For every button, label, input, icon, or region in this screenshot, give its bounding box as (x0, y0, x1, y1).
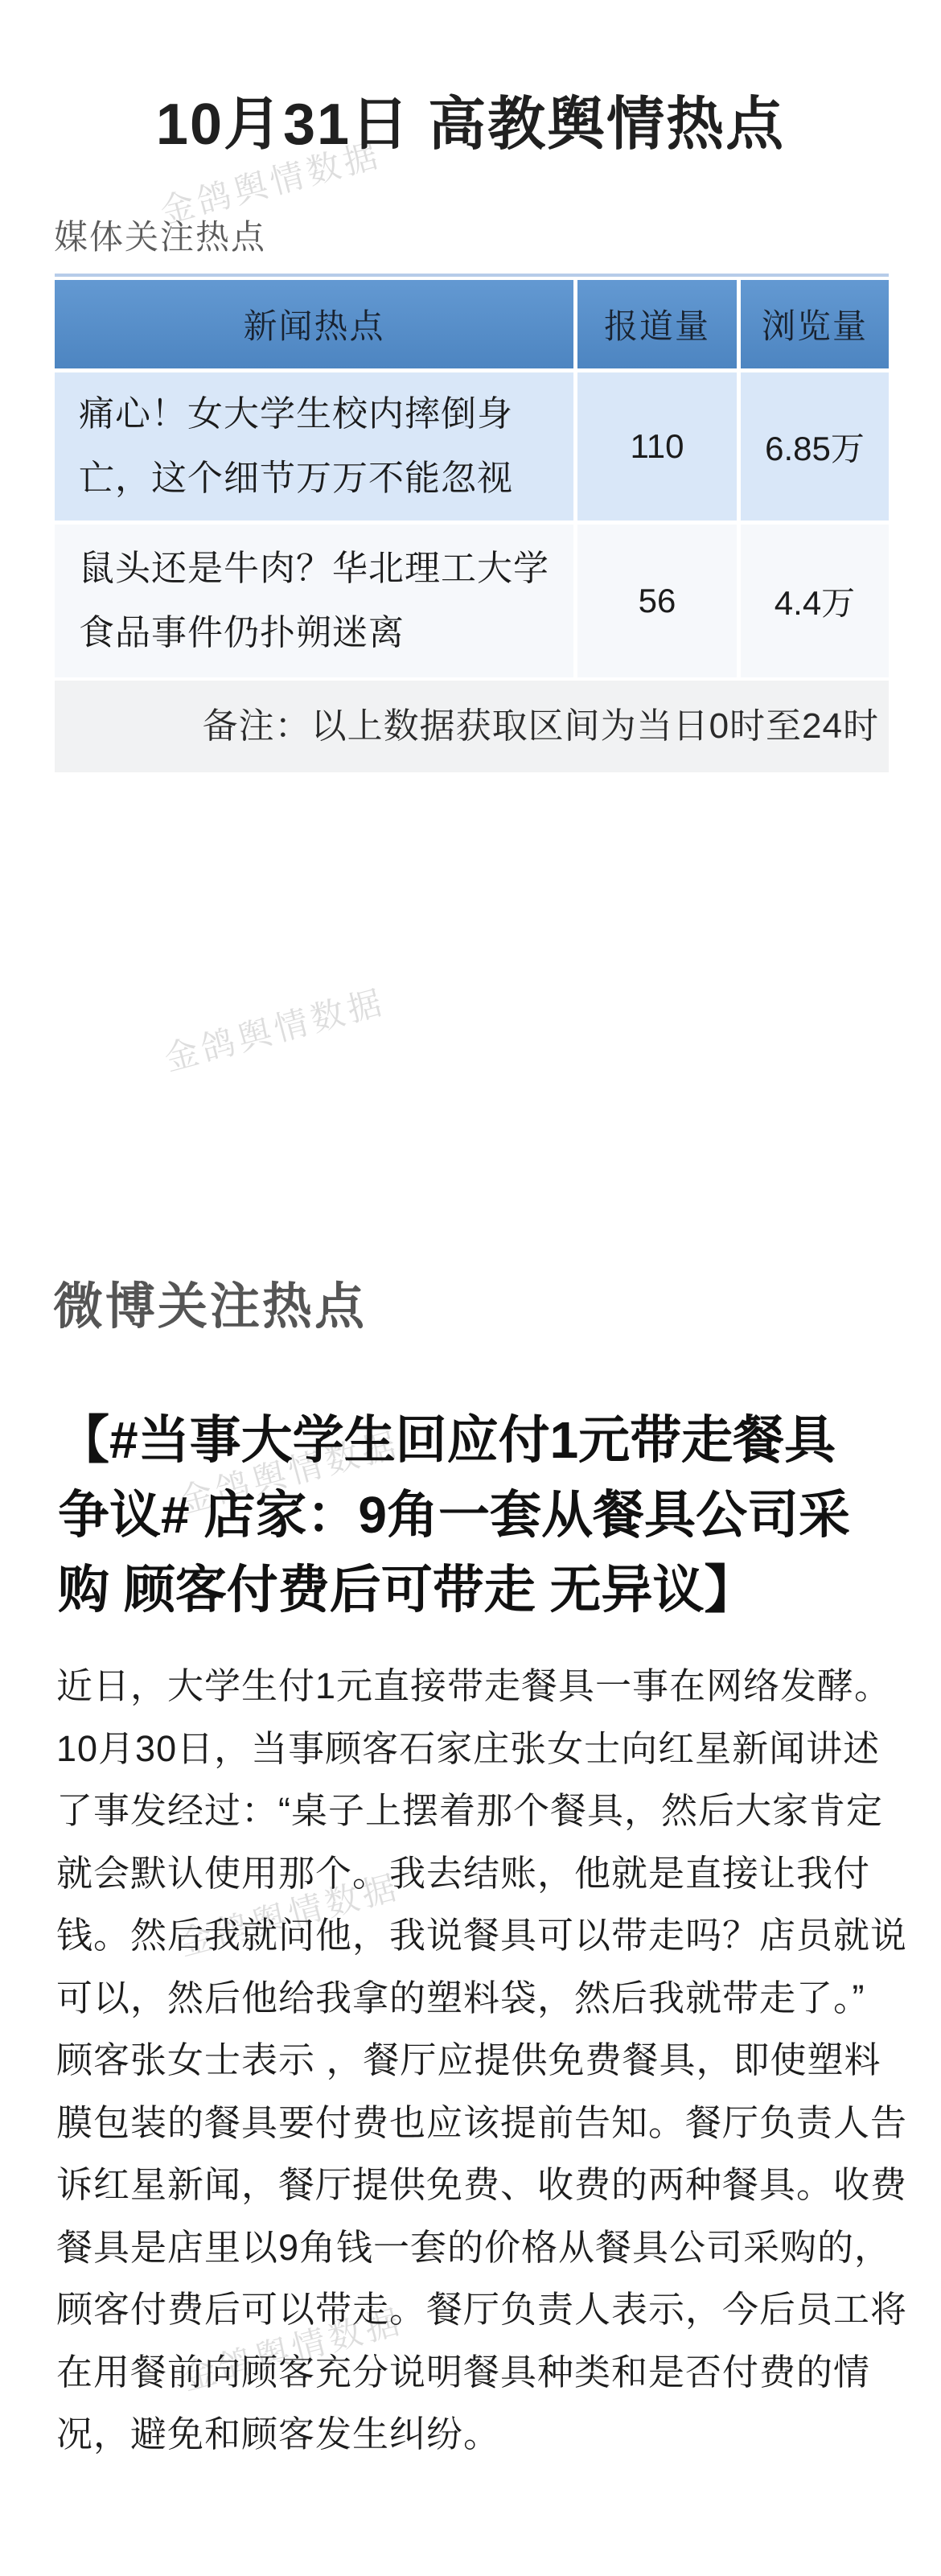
table-header-row: 新闻热点 报道量 浏览量 (55, 280, 889, 368)
body-line: 钱。然后我就问他，我说餐具可以带走吗？店员就说 (56, 1904, 907, 1967)
weibo-body-text: 近日，大学生付1元直接带走餐具一事在网络发酵。 10月30日，当事顾客石家庄张女… (56, 1655, 907, 2466)
headline-line: 【#当事大学生回应付1元带走餐具 (58, 1403, 850, 1478)
news-title-line: 食品事件仍扑朔迷离 (79, 601, 573, 665)
page-title: 10月31日 高教舆情热点 (0, 77, 941, 161)
body-line: 在用餐前向顾客充分说明餐具种类和是否付费的情 (56, 2341, 907, 2404)
headline-line: 争议# 店家：9角一套从餐具公司采 (58, 1478, 850, 1553)
news-title-line: 鼠头还是牛肉？华北理工大学 (79, 537, 573, 601)
table-row: 鼠头还是牛肉？华北理工大学 食品事件仍扑朔迷离 56 4.4万 (55, 525, 889, 677)
reports-cell: 110 (577, 372, 737, 521)
body-line: 餐具是店里以9角钱一套的价格从餐具公司采购的， (56, 2216, 907, 2279)
body-line: 可以，然后他给我拿的塑料袋，然后我就带走了。” (56, 1967, 907, 2030)
body-line: 况，避免和顾客发生纠纷。 (56, 2403, 907, 2466)
news-title-cell: 鼠头还是牛肉？华北理工大学 食品事件仍扑朔迷离 (55, 525, 573, 677)
body-line: 了事发经过：“桌子上摆着那个餐具，然后大家肯定 (56, 1780, 907, 1842)
weibo-section-heading: 微博关注热点 (53, 1266, 367, 1338)
views-cell: 6.85万 (741, 372, 889, 521)
watermark: 金鸽舆情数据 (158, 976, 390, 1081)
table-top-border (55, 274, 889, 277)
reports-cell: 56 (577, 525, 737, 677)
column-header-reports: 报道量 (577, 280, 737, 368)
body-line: 近日，大学生付1元直接带走餐具一事在网络发酵。 (56, 1655, 907, 1718)
body-line: 顾客付费后可以带走。餐厅负责人表示，今后员工将 (56, 2278, 907, 2341)
table-note: 备注：以上数据获取区间为当日0时至24时 (55, 681, 889, 772)
news-title-line: 亡，这个细节万万不能忽视 (79, 446, 573, 511)
body-line: 就会默认使用那个。我去结账，他就是直接让我付 (56, 1842, 907, 1905)
news-title-cell: 痛心！女大学生校内摔倒身 亡，这个细节万万不能忽视 (55, 372, 573, 521)
media-section-heading: 媒体关注热点 (54, 211, 266, 259)
news-title-line: 痛心！女大学生校内摔倒身 (79, 382, 573, 446)
body-line: 诉红星新闻，餐厅提供免费、收费的两种餐具。收费 (56, 2154, 907, 2216)
media-hotspot-table: 新闻热点 报道量 浏览量 痛心！女大学生校内摔倒身 亡，这个细节万万不能忽视 1… (55, 274, 889, 772)
body-line: 膜包装的餐具要付费也应该提前告知。餐厅负责人告 (56, 2092, 907, 2154)
report-page: 金鸽舆情数据 金鸽舆情数据 金鸽舆情数据 金鸽舆情数据 金鸽舆情数据 10月31… (0, 0, 941, 2576)
table-row: 痛心！女大学生校内摔倒身 亡，这个细节万万不能忽视 110 6.85万 (55, 372, 889, 521)
views-cell: 4.4万 (741, 525, 889, 677)
weibo-headline: 【#当事大学生回应付1元带走餐具 争议# 店家：9角一套从餐具公司采 购 顾客付… (58, 1403, 850, 1627)
headline-line: 购 顾客付费后可带走 无异议】 (58, 1553, 850, 1627)
column-header-news: 新闻热点 (55, 280, 573, 368)
column-header-views: 浏览量 (741, 280, 889, 368)
body-line: 顾客张女士表示 ，餐厅应提供免费餐具，即使塑料 (56, 2029, 907, 2092)
body-line: 10月30日，当事顾客石家庄张女士向红星新闻讲述 (56, 1718, 907, 1780)
